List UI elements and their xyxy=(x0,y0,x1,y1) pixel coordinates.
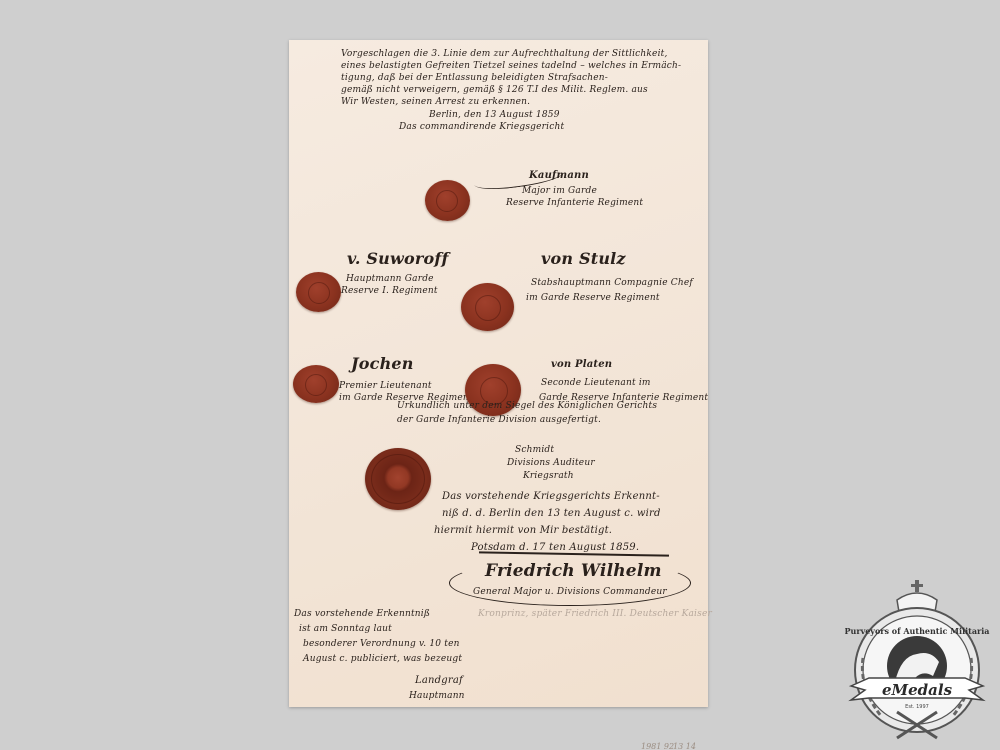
emedals-established: Est. 1997 xyxy=(905,704,929,710)
signature-1-name: Kaufmann xyxy=(529,169,589,182)
confirmation-line-1: Urkundlich unter dem Siegel des Königlic… xyxy=(397,400,657,412)
inventory-mark-1: 1981 92 xyxy=(641,742,674,750)
emedals-motto: Purveyors of Authentic Militaria xyxy=(845,626,989,636)
signature-underline xyxy=(479,551,669,556)
royal-confirmation-line-2: niß d. d. Berlin den 13 ten August c. wi… xyxy=(442,507,661,520)
side-note-signature-title: Hauptmann xyxy=(409,690,465,702)
royal-signature-flourish xyxy=(449,560,691,606)
signature-3-name: von Stulz xyxy=(541,250,626,268)
signature-1-title-1: Major im Garde xyxy=(522,185,597,197)
signature-4-name: Jochen xyxy=(351,355,414,373)
side-note-signature: Landgraf xyxy=(415,674,463,687)
royal-confirmation-line-3: hiermit hiermit von Mir bestätigt. xyxy=(434,524,612,537)
auditor-title-1: Divisions Auditeur xyxy=(507,457,595,469)
wax-seal-3 xyxy=(461,283,514,331)
signature-3-title-2: im Garde Reserve Regiment xyxy=(526,292,660,304)
side-note-line-1: Das vorstehende Erkenntniß xyxy=(294,608,430,620)
signature-4-title-1: Premier Lieutenant xyxy=(339,380,432,392)
signature-3-title-1: Stabshauptmann Compagnie Chef xyxy=(531,277,693,289)
header-line-1: Vorgeschlagen die 3. Linie dem zur Aufre… xyxy=(341,48,668,60)
side-note-line-4: August c. publiciert, was bezeugt xyxy=(303,653,462,665)
document-sheet: Vorgeschlagen die 3. Linie dem zur Aufre… xyxy=(289,40,708,707)
header-line-5: Wir Westen, seinen Arrest zu erkennen. xyxy=(341,96,530,108)
side-note-line-3: besonderer Verordnung v. 10 ten xyxy=(303,638,460,650)
inventory-mark-2: 13 14 xyxy=(673,742,696,750)
signature-5-name: von Platen xyxy=(551,358,612,371)
emedals-badge-icon: Purveyors of Authentic Militaria eMedals… xyxy=(845,578,990,748)
wax-seal-1 xyxy=(425,180,470,221)
header-line-4: gemäß nicht verweigern, gemäß § 126 T.I … xyxy=(341,84,648,96)
signature-2-name: v. Suworoff xyxy=(347,250,449,268)
signature-1-title-2: Reserve Infanterie Regiment xyxy=(506,197,643,209)
wax-seal-2 xyxy=(296,272,341,312)
royal-confirmation-line-1: Das vorstehende Kriegsgerichts Erkennt- xyxy=(442,490,660,503)
side-note-line-2: ist am Sonntag laut xyxy=(299,623,392,635)
header-line-2: eines belastigten Gefreiten Tietzel sein… xyxy=(341,60,681,72)
header-line-3: tigung, daß bei der Entlassung beleidigt… xyxy=(341,72,608,84)
signature-2-title-1: Hauptmann Garde xyxy=(346,273,434,285)
auditor-title-2: Kriegsrath xyxy=(523,470,574,482)
header-place-date: Berlin, den 13 August 1859 xyxy=(429,109,560,121)
wax-seal-4 xyxy=(293,365,339,403)
emedals-logo: Purveyors of Authentic Militaria eMedals… xyxy=(845,578,990,748)
signature-5-title-1: Seconde Lieutenant im xyxy=(541,377,651,389)
signature-2-title-2: Reserve I. Regiment xyxy=(341,285,438,297)
header-court: Das commandirende Kriegsgericht xyxy=(399,121,564,133)
wax-seal-division xyxy=(365,448,431,510)
confirmation-line-2: der Garde Infanterie Division ausgeferti… xyxy=(397,414,601,426)
auditor-name: Schmidt xyxy=(515,444,554,456)
emedals-brand: eMedals xyxy=(882,681,953,699)
pencil-annotation: Kronprinz, später Friedrich III. Deutsch… xyxy=(478,608,712,620)
